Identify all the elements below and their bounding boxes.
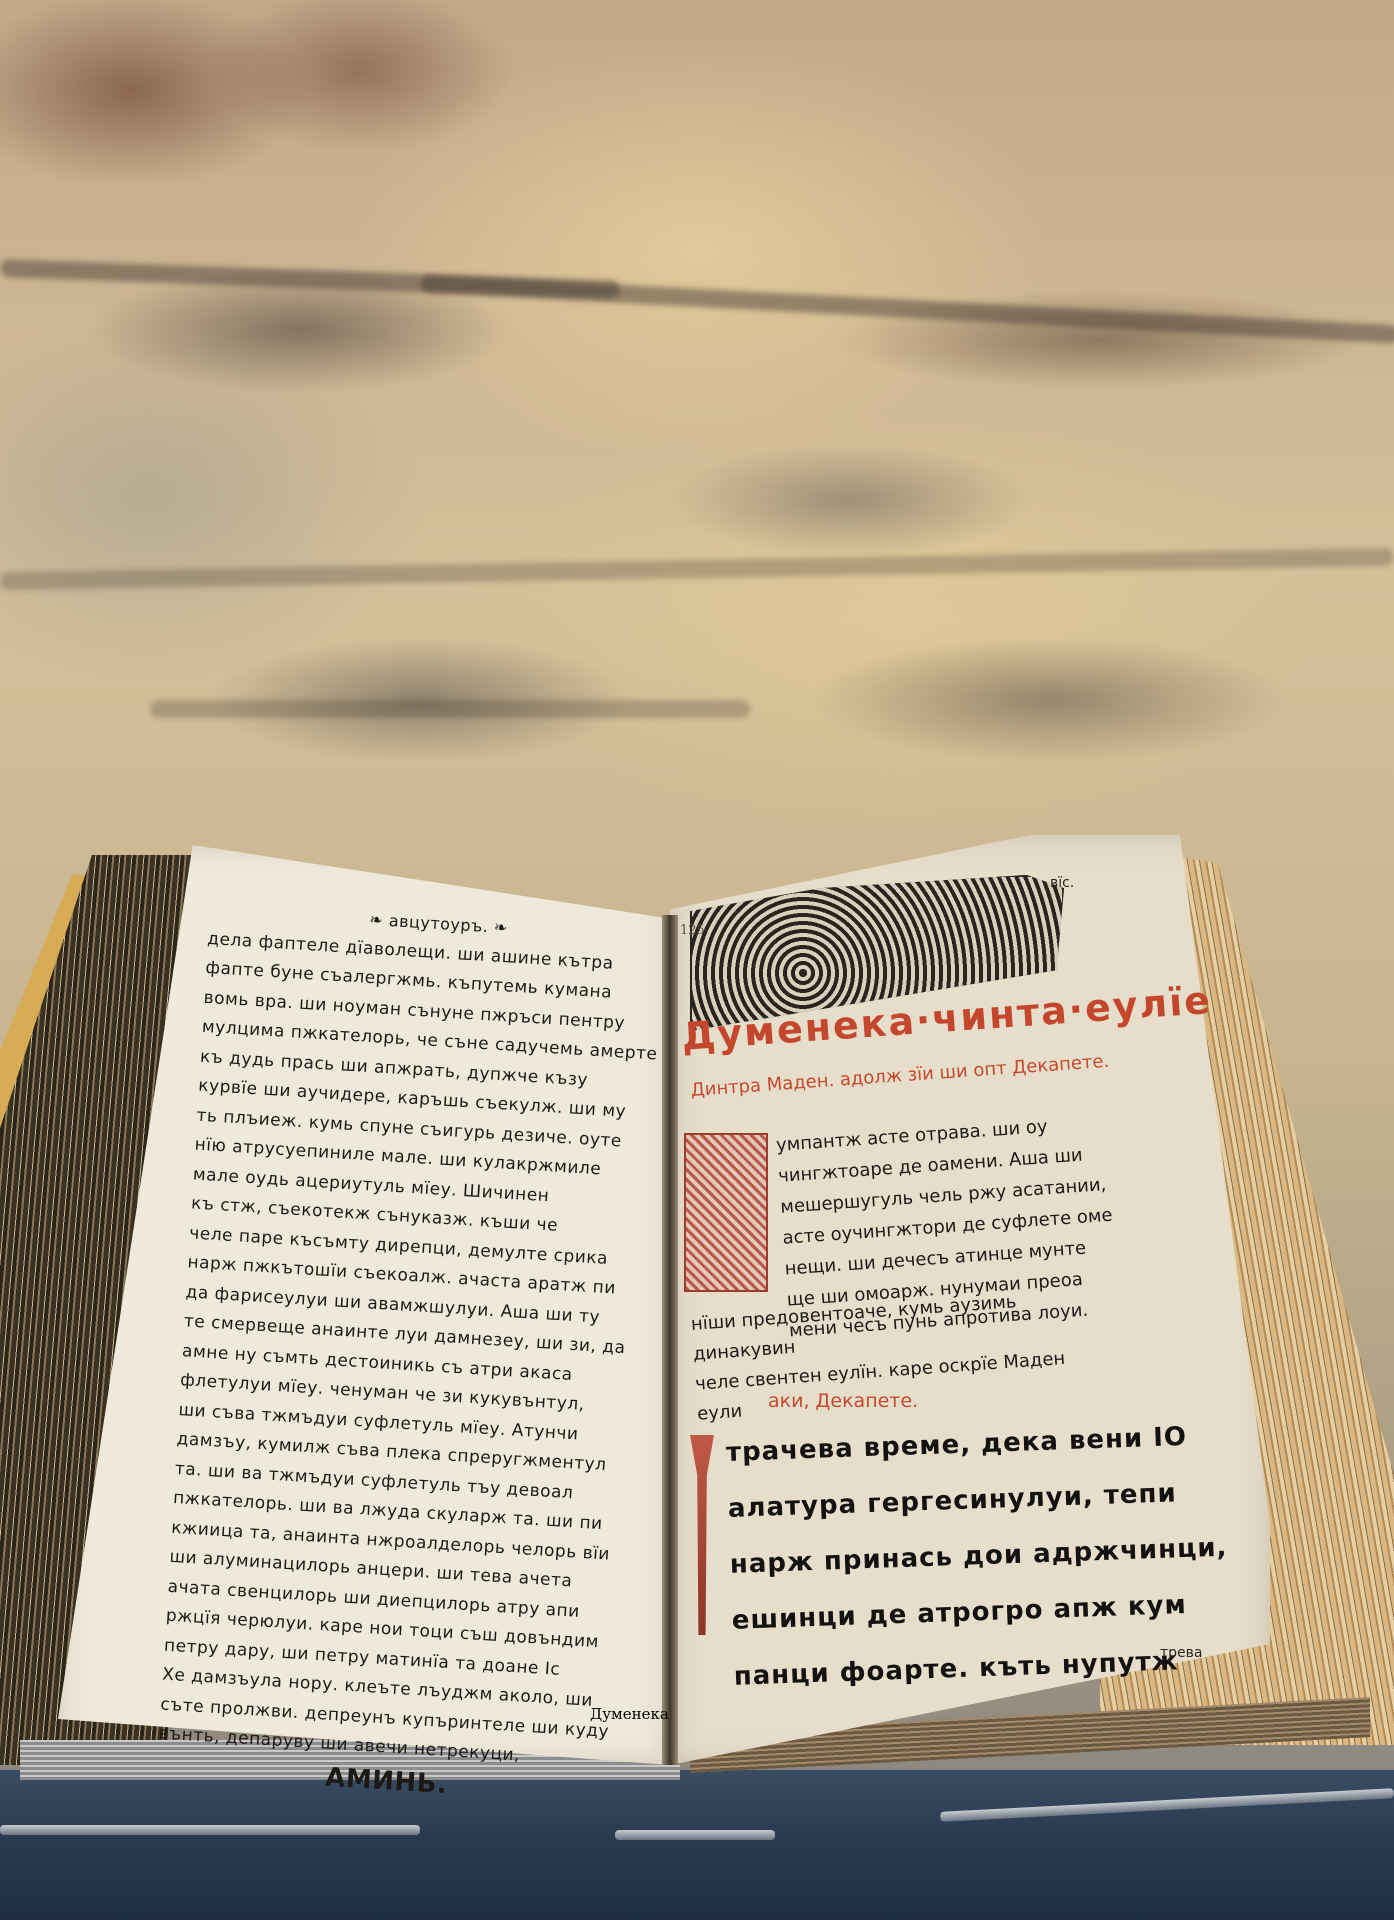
right-page-large-text: трачева време, дека вени ІО алатура герг… [725,1409,1204,1705]
margin-number: 125 [680,923,705,938]
glass-clip [615,1830,775,1840]
mortar-line [420,274,1394,343]
open-book: ❧ авцутоуръ. ❧ дела фаптеле дїаволещи. ш… [0,835,1394,1815]
mortar-line [0,548,1394,590]
mortar-line [150,700,750,718]
left-catchword: Думенека [590,1705,669,1817]
book-gutter [662,915,678,1765]
folio-number: вїс. [1050,875,1074,891]
left-page-text: ❧ авцутоуръ. ❧ дела фаптеле дїаволещи. ш… [156,895,669,1810]
glass-rail [0,1825,420,1835]
decorated-initial-letter [684,1133,768,1292]
rubric-second: аки, Декапете. [768,1390,918,1412]
right-catchword: трева [1160,1645,1203,1661]
